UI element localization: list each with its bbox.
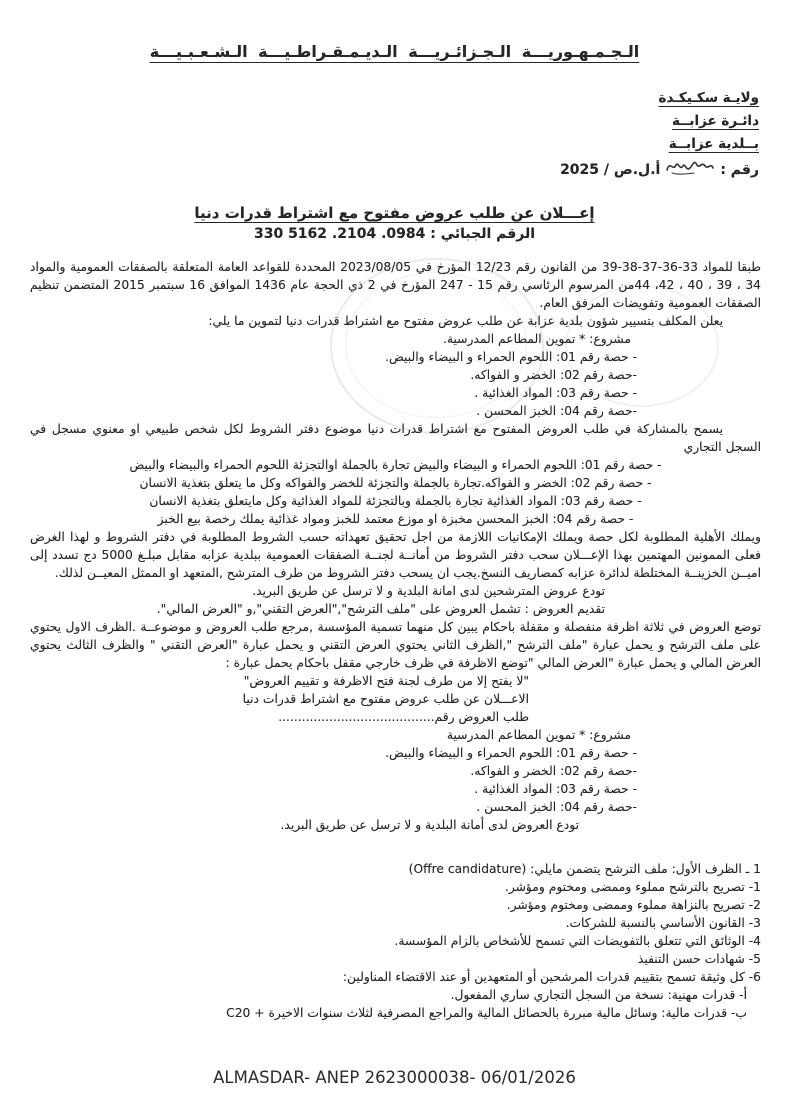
commune-line: بــلدية عزابــة bbox=[0, 133, 759, 156]
candidature-item: 2- تصريح بالنزاهة مملوء وممضى ومختوم ومؤ… bbox=[30, 896, 761, 914]
project-line-1: مشروع: * تموين المطاعم المدرسية. bbox=[30, 330, 761, 348]
lot-detail-item: - حصة رقم 03: المواد الغذائية تجارة بالج… bbox=[30, 492, 761, 510]
lot-item: -حصة رقم 04: الخبز المحسن . bbox=[30, 798, 761, 816]
announcement-restated-line: الاعـــلان عن طلب عروض مفتوح مع اشتراط ق… bbox=[30, 690, 761, 708]
candidature-item: 4- الوثائق التي تتعلق بالتفويضات التي تس… bbox=[30, 932, 761, 950]
reference-label: رقم : bbox=[720, 159, 759, 182]
lot-item: - حصة رقم 01: اللحوم الحمراء و البيضاء و… bbox=[30, 744, 761, 762]
anep-footer-line: ALMASDAR- ANEP 2623000038- 06/01/2026 bbox=[0, 1068, 789, 1087]
handwritten-number-scribble bbox=[664, 156, 716, 184]
lot-item: - حصة رقم 01: اللحوم الحمراء و البيضاء و… bbox=[30, 348, 761, 366]
lots-list-2: - حصة رقم 01: اللحوم الحمراء و البيضاء و… bbox=[30, 744, 761, 816]
spacer bbox=[30, 834, 761, 860]
candidature-items-list: 1- تصريح بالترشح مملوء وممضى ومختوم ومؤش… bbox=[30, 878, 761, 986]
lot-detail-item: - حصة رقم 02: الخضر و الفواكه.تجارة بالج… bbox=[30, 474, 761, 492]
republic-header: الـجـمـهـوريـــة الـجـزائـريـــة الـديـم… bbox=[30, 42, 759, 61]
financial-capacities-item: ب- قدرات مالية: وسائل مالية مبررة بالحصا… bbox=[30, 1004, 761, 1022]
reference-number-line: رقم : أ.ل.ص / 2025 bbox=[0, 156, 759, 184]
professional-capacities-item: أ- قدرات مهنية: نسخة من السجل التجاري سا… bbox=[30, 986, 761, 1004]
tax-label: الرقم الجبائي : bbox=[430, 226, 535, 242]
reference-value: أ.ل.ص / 2025 bbox=[560, 159, 660, 182]
lot-item: - حصة رقم 03: المواد الغذائية . bbox=[30, 780, 761, 798]
candidature-item: 3- القانون الأساسي بالنسبة للشركات. bbox=[30, 914, 761, 932]
deposit-line-1: تودع عروض المترشحين لدى امانة البلدية و … bbox=[30, 582, 761, 600]
envelopes-paragraph: توضع العروض في ثلاثة اظرفة منفصلة و مقفل… bbox=[30, 618, 761, 672]
document-title: إعـــلان عن طلب عروض مفتوح مع اشتراط قدر… bbox=[0, 204, 789, 222]
do-not-open-quote: "لا يفتح إلا من طرف لجنة فتح الاظرفة و ت… bbox=[30, 672, 761, 690]
document-body: طبقا للمواد 33-36-37-38-39 من القانون رق… bbox=[30, 258, 761, 1022]
candidature-item: 1- تصريح بالترشح مملوء وممضى ومختوم ومؤش… bbox=[30, 878, 761, 896]
tax-value: 330 5162 .2104 .0984 bbox=[254, 226, 425, 242]
lot-item: -حصة رقم 02: الخضر و الفواكه. bbox=[30, 366, 761, 384]
participation-paragraph: يسمح بالمشاركة في طلب العروض المفتوح مع … bbox=[30, 420, 761, 456]
daira-line: دائـرة عزابــة bbox=[0, 110, 759, 133]
lot-item: -حصة رقم 04: الخبز المحسن . bbox=[30, 402, 761, 420]
capacities-sublist: أ- قدرات مهنية: نسخة من السجل التجاري سا… bbox=[30, 986, 761, 1022]
scanned-tender-document: الـجـمـهـوريـــة الـجـزائـريـــة الـديـم… bbox=[0, 0, 789, 1114]
envelope-marking-block: "لا يفتح إلا من طرف لجنة فتح الاظرفة و ت… bbox=[30, 672, 761, 726]
deposit-line-2: تودع العروض لدى أمانة البلدية و لا ترسل … bbox=[30, 816, 761, 834]
announcement-paragraph: يعلن المكلف بتسيير شؤون بلدية عزابة عن ط… bbox=[30, 312, 761, 330]
lot-item: - حصة رقم 03: المواد الغذائية . bbox=[30, 384, 761, 402]
legal-basis-paragraph: طبقا للمواد 33-36-37-38-39 من القانون رق… bbox=[30, 258, 761, 312]
tender-number-dotted-line: طلب العروض رقم..........................… bbox=[30, 708, 761, 726]
authority-block: ولايـة سكـيكـدة دائـرة عزابــة بــلدية ع… bbox=[0, 87, 759, 184]
candidature-item: 6- كل وثيقة تسمح بتقييم قدرات المرشحين أ… bbox=[30, 968, 761, 986]
wilaya-line: ولايـة سكـيكـدة bbox=[0, 87, 759, 110]
eligibility-paragraph: ويملك الأهلية المطلوبة لكل حصة ويملك الإ… bbox=[30, 528, 761, 582]
project-line-2: مشروع: * تموين المطاعم المدرسية bbox=[30, 726, 761, 744]
lot-details-list: - حصة رقم 01: اللحوم الحمراء و البيضاء و… bbox=[30, 456, 761, 528]
tax-number-line: الرقم الجبائي : 330 5162 .2104 .0984 bbox=[0, 226, 789, 242]
submission-line: تقديم العروض : تشمل العروض على "ملف التر… bbox=[30, 600, 761, 618]
candidature-item: 5- شهادات حسن التنفيذ bbox=[30, 950, 761, 968]
lot-detail-item: - حصة رقم 01: اللحوم الحمراء و البيضاء و… bbox=[30, 456, 761, 474]
lot-detail-item: - حصة رقم 04: الخبز المحسن مخبزة او موزع… bbox=[30, 510, 761, 528]
lot-item: -حصة رقم 02: الخضر و الفواكه. bbox=[30, 762, 761, 780]
lots-list-1: - حصة رقم 01: اللحوم الحمراء و البيضاء و… bbox=[30, 348, 761, 420]
envelope-1-heading: 1 ـ الظرف الأول: ملف الترشح يتضمن مايلي:… bbox=[30, 860, 761, 878]
